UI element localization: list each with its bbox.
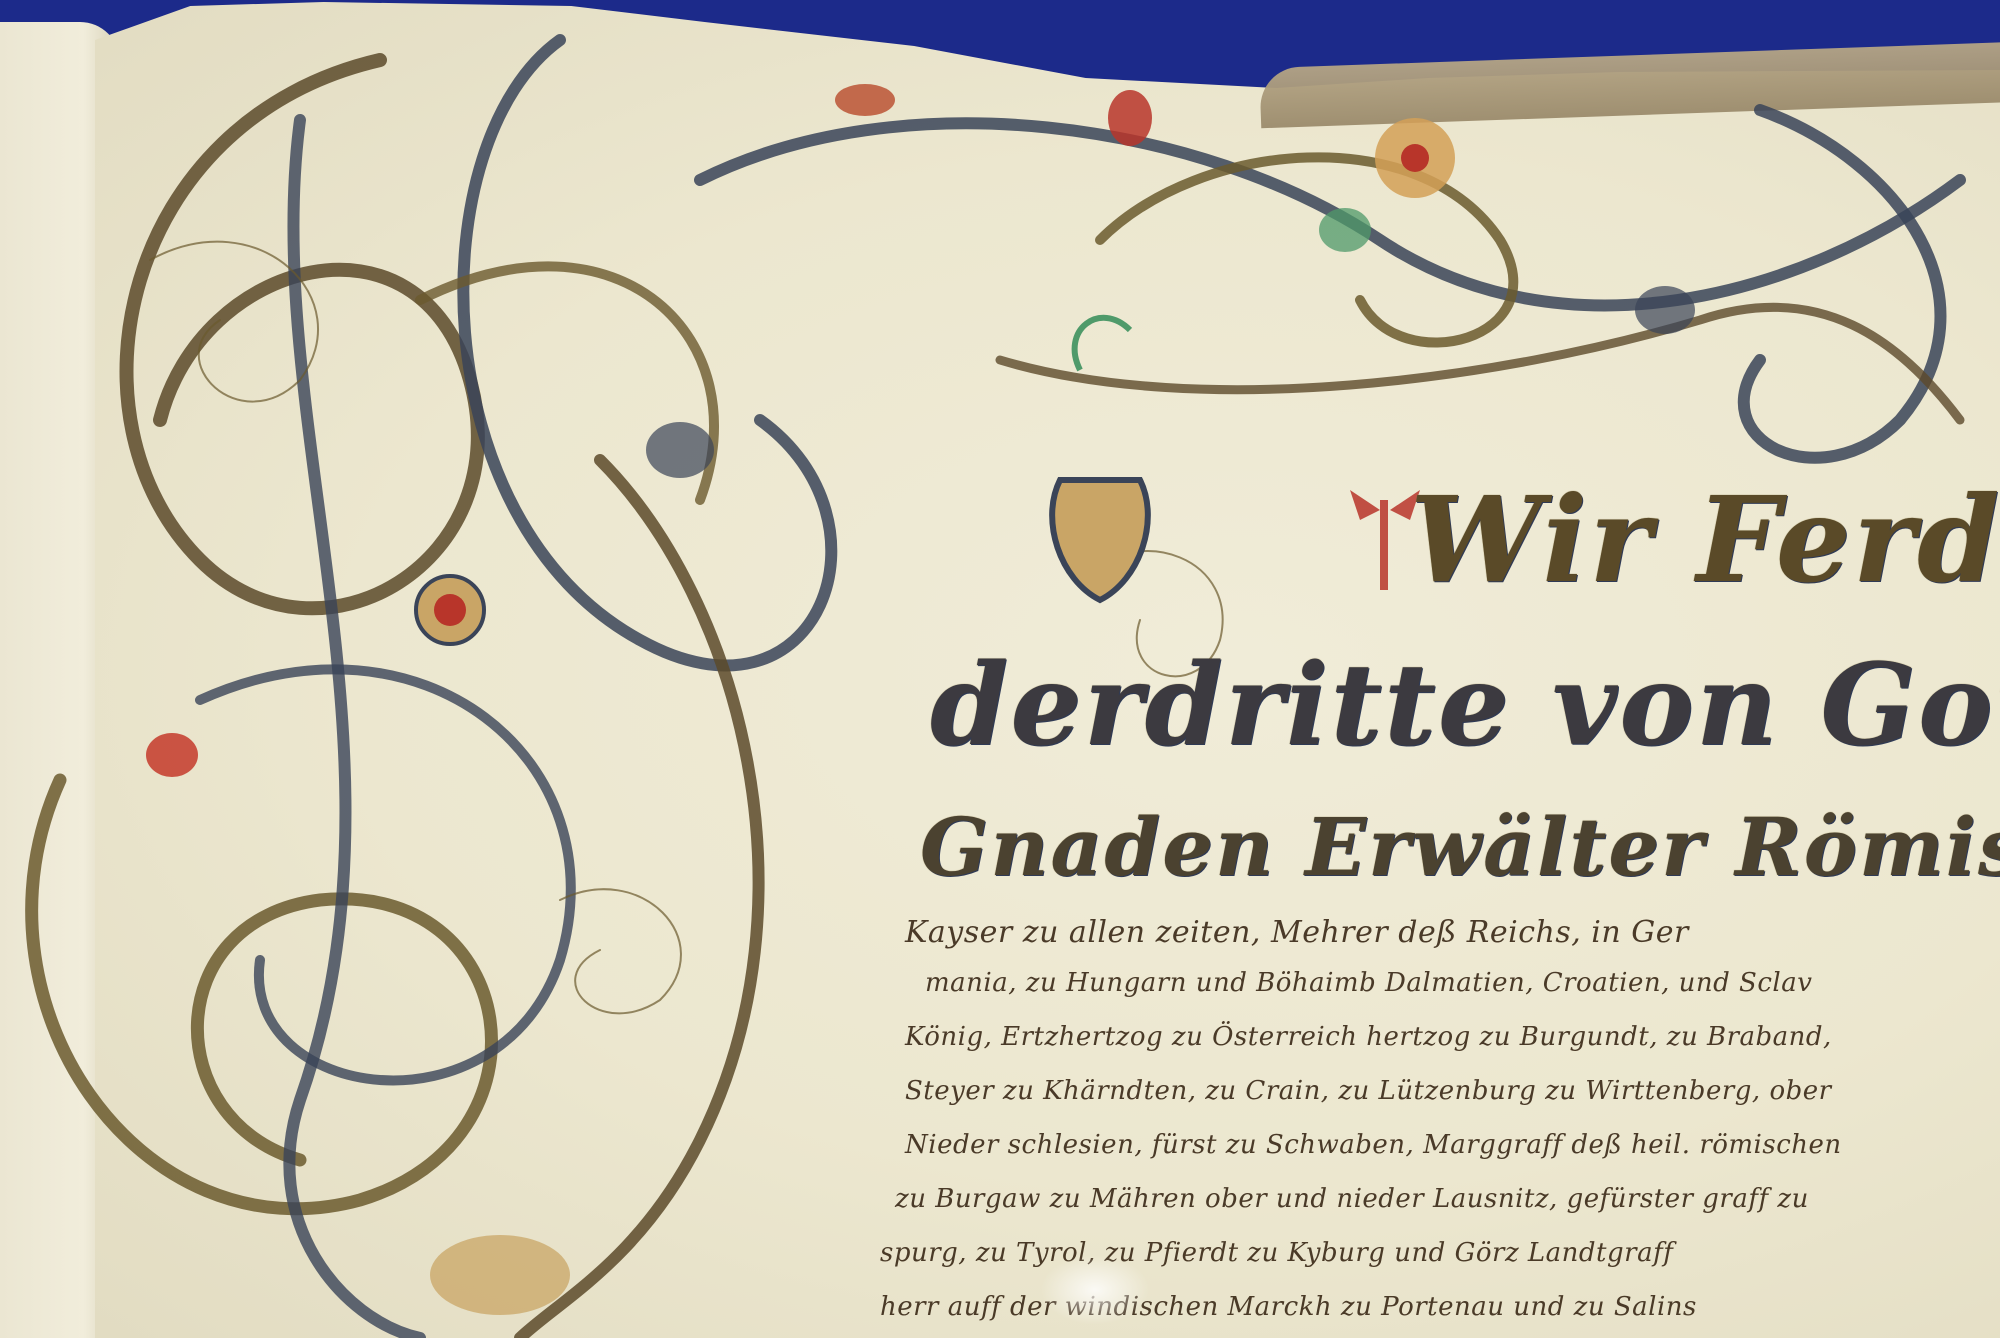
body-line: Kayser zu allen zeiten, Mehrer deß Reich… xyxy=(905,915,1689,950)
body-line: zu Burgaw zu Mähren ober und nieder Laus… xyxy=(895,1184,1809,1214)
heading-line-3: Gnaden Erwälter Römischer xyxy=(920,800,2000,894)
body-line: König, Ertzhertzog zu Österreich hertzog… xyxy=(905,1022,1832,1052)
body-line: Nieder schlesien, fürst zu Schwaben, Mar… xyxy=(905,1130,1842,1160)
body-line: Steyer zu Khärndten, zu Crain, zu Lützen… xyxy=(905,1076,1832,1106)
heading-line-2: derdritte von Gottes xyxy=(930,640,2000,771)
heading-line-1: Wir Ferdinand xyxy=(1410,470,2000,609)
body-line: mania, zu Hungarn und Böhaimb Dalmatien,… xyxy=(925,968,1812,998)
glass-glare xyxy=(1040,1255,1150,1325)
body-line: herr auff der windischen Marckh zu Porte… xyxy=(880,1292,1697,1322)
body-line: spurg, zu Tyrol, zu Pfierdt zu Kyburg un… xyxy=(880,1238,1673,1268)
